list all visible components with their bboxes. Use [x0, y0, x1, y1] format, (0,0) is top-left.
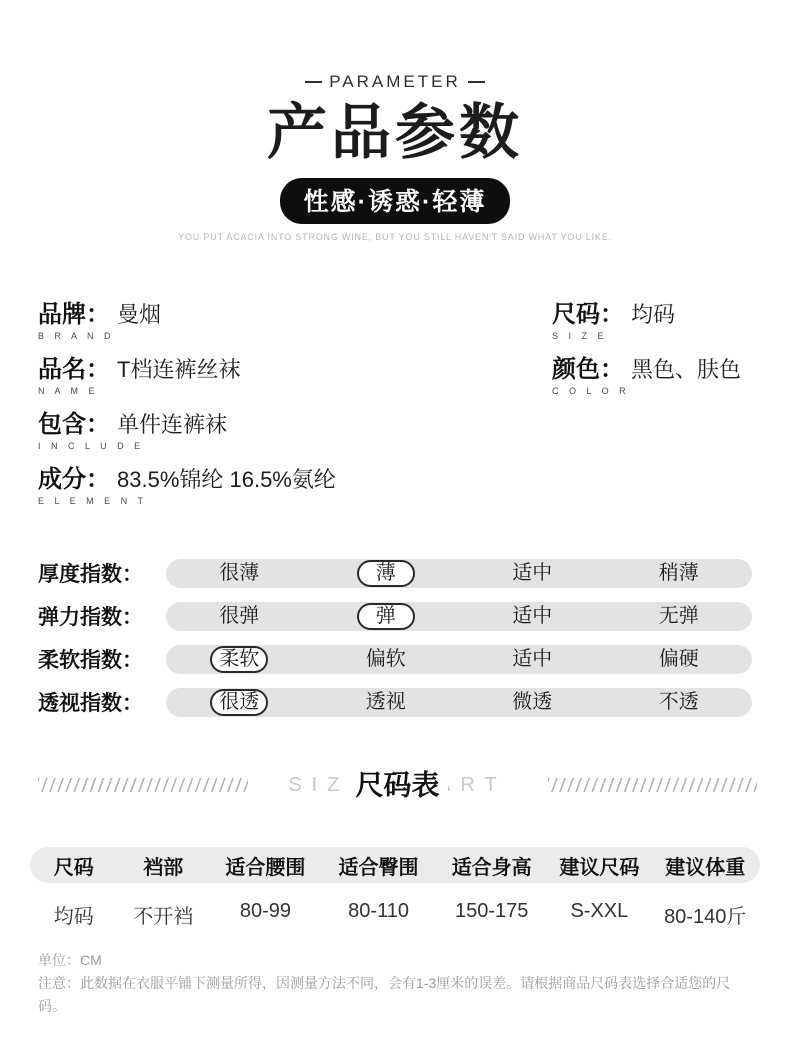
index-option-text: 柔软: [210, 646, 268, 673]
index-option: 很薄: [166, 561, 313, 585]
field-sublabel: N A M E: [38, 386, 552, 396]
field-brand: 品牌： 曼烟 B R A N D: [38, 300, 552, 342]
index-label: 柔软指数：: [38, 644, 166, 674]
index-option: 不透: [606, 690, 753, 714]
index-option-text: 适中: [512, 561, 552, 585]
index-option-text: 微透: [512, 690, 552, 714]
hatch-left: [38, 778, 248, 792]
index-option: 稍薄: [606, 561, 753, 585]
unit-note: 单位：CM: [38, 949, 752, 972]
index-option-text: 很薄: [219, 561, 259, 585]
index-option: 适中: [459, 604, 606, 628]
size-table-header-cell: 尺码: [30, 851, 118, 880]
index-bar: 很薄 薄 适中 稍薄: [166, 559, 752, 588]
caution-note: 注意：此数据在衣服平铺下测量所得，因测量方法不同，会有1-3厘米的误差。请根据商…: [38, 972, 752, 1018]
size-table-cell: 不开裆: [118, 900, 209, 929]
size-table-header-cell: 适合臀围: [322, 851, 435, 880]
index-option-text: 稍薄: [659, 561, 699, 585]
eyebrow-parameter: PARAMETER: [0, 72, 790, 92]
hatch-right: [548, 778, 758, 792]
field-sublabel: B R A N D: [38, 331, 552, 341]
index-row-elasticity: 弹力指数： 很弹 弹 适中 无弹: [38, 601, 752, 631]
field-value: 黑色、肤色: [631, 355, 741, 385]
size-table-header-cell: 建议尺码: [548, 851, 650, 880]
index-option-text: 很弹: [219, 604, 259, 628]
index-option: 柔软: [166, 646, 313, 673]
divider-center: SIZE CHART 尺码表: [248, 774, 548, 797]
size-table-header: 尺码 裆部 适合腰围 适合臀围 适合身高 建议尺码 建议体重: [30, 847, 760, 883]
field-value: 均码: [631, 300, 675, 330]
divider-chinese-title: 尺码表: [347, 763, 447, 803]
index-option: 无弹: [606, 604, 753, 628]
index-bar: 柔软 偏软 适中 偏硬: [166, 645, 752, 674]
index-option-text: 不透: [659, 690, 699, 714]
index-option-text: 很透: [210, 689, 268, 716]
size-table-cell: 150-175: [435, 900, 548, 929]
index-option-text: 透视: [366, 690, 406, 714]
index-option: 偏软: [313, 647, 460, 671]
size-table: 尺码 裆部 适合腰围 适合臀围 适合身高 建议尺码 建议体重 均码 不开裆 80…: [30, 847, 760, 929]
field-sublabel: C O L O R: [552, 386, 790, 396]
index-option-text: 适中: [512, 647, 552, 671]
index-option: 弹: [313, 603, 460, 630]
feature-badge: 性感·诱惑·轻薄: [280, 178, 511, 224]
field-include: 包含： 单件连裤袜 I N C L U D E: [38, 410, 552, 452]
size-table-header-cell: 建议体重: [650, 851, 760, 880]
index-option-text: 偏硬: [659, 647, 699, 671]
index-option-text: 无弹: [659, 604, 699, 628]
size-table-cell: 80-110: [322, 900, 435, 929]
dash-right: [468, 81, 485, 83]
index-option-text: 偏软: [366, 647, 406, 671]
page-title: 产品参数: [0, 98, 790, 168]
footnotes: 单位：CM 注意：此数据在衣服平铺下测量所得，因测量方法不同，会有1-3厘米的误…: [38, 949, 752, 1018]
size-table-cell: 均码: [30, 900, 118, 929]
index-label: 透视指数：: [38, 687, 166, 717]
index-option-text: 弹: [357, 603, 415, 630]
index-option: 微透: [459, 690, 606, 714]
index-option: 薄: [313, 560, 460, 587]
field-element: 成分： 83.5%锦纶 16.5%氨纶 E L E M E N T: [38, 465, 552, 507]
field-label: 尺码：: [552, 300, 624, 330]
index-bar: 很弹 弹 适中 无弹: [166, 602, 752, 631]
index-label: 厚度指数：: [38, 558, 166, 588]
caption-text: YOU PUT ACACIA INTO STRONG WINE, BUT YOU…: [0, 232, 790, 242]
product-parameter-page: PARAMETER 产品参数 性感·诱惑·轻薄 YOU PUT ACACIA I…: [0, 0, 790, 1042]
index-option: 适中: [459, 561, 606, 585]
field-value: 83.5%锦纶 16.5%氨纶: [117, 465, 336, 495]
size-table-header-cell: 适合腰围: [209, 851, 322, 880]
index-option-text: 薄: [357, 560, 415, 587]
fields-right-column: 尺码： 均码 S I Z E 颜色： 黑色、肤色 C O L O R: [552, 300, 790, 520]
index-row-transparency: 透视指数： 很透 透视 微透 不透: [38, 687, 752, 717]
index-option: 透视: [313, 690, 460, 714]
size-table-cell: S-XXL: [548, 900, 650, 929]
index-option: 很弹: [166, 604, 313, 628]
field-value: 曼烟: [117, 300, 161, 330]
index-option-text: 适中: [512, 604, 552, 628]
size-chart-divider: SIZE CHART 尺码表: [38, 767, 757, 803]
index-row-softness: 柔软指数： 柔软 偏软 适中 偏硬: [38, 644, 752, 674]
field-color: 颜色： 黑色、肤色 C O L O R: [552, 355, 790, 397]
field-label: 成分：: [38, 465, 110, 495]
size-table-header-cell: 适合身高: [435, 851, 548, 880]
field-value: 单件连裤袜: [117, 410, 227, 440]
field-name: 品名： T档连裤丝袜 N A M E: [38, 355, 552, 397]
index-bar: 很透 透视 微透 不透: [166, 688, 752, 717]
field-label: 颜色：: [552, 355, 624, 385]
size-table-row: 均码 不开裆 80-99 80-110 150-175 S-XXL 80-140…: [30, 900, 760, 929]
size-table-header-cell: 裆部: [118, 851, 209, 880]
field-value: T档连裤丝袜: [117, 355, 240, 385]
dash-left: [305, 81, 322, 83]
index-option: 很透: [166, 689, 313, 716]
field-label: 品牌：: [38, 300, 110, 330]
size-table-cell: 80-99: [209, 900, 322, 929]
field-sublabel: E L E M E N T: [38, 496, 552, 506]
attribute-indexes: 厚度指数： 很薄 薄 适中 稍薄 弹力指数： 很弹 弹 适中 无弹 柔软指数： …: [38, 558, 752, 717]
field-sublabel: I N C L U D E: [38, 441, 552, 451]
eyebrow-text: PARAMETER: [329, 72, 461, 92]
fields-left-column: 品牌： 曼烟 B R A N D 品名： T档连裤丝袜 N A M E 包含： …: [38, 300, 552, 520]
product-fields: 品牌： 曼烟 B R A N D 品名： T档连裤丝袜 N A M E 包含： …: [38, 300, 790, 520]
index-option: 适中: [459, 647, 606, 671]
field-size: 尺码： 均码 S I Z E: [552, 300, 790, 342]
size-table-cell: 80-140斤: [650, 900, 760, 929]
field-label: 包含：: [38, 410, 110, 440]
page-header: PARAMETER 产品参数 性感·诱惑·轻薄 YOU PUT ACACIA I…: [0, 0, 790, 242]
index-label: 弹力指数：: [38, 601, 166, 631]
field-label: 品名：: [38, 355, 110, 385]
index-row-thickness: 厚度指数： 很薄 薄 适中 稍薄: [38, 558, 752, 588]
field-sublabel: S I Z E: [552, 331, 790, 341]
index-option: 偏硬: [606, 647, 753, 671]
